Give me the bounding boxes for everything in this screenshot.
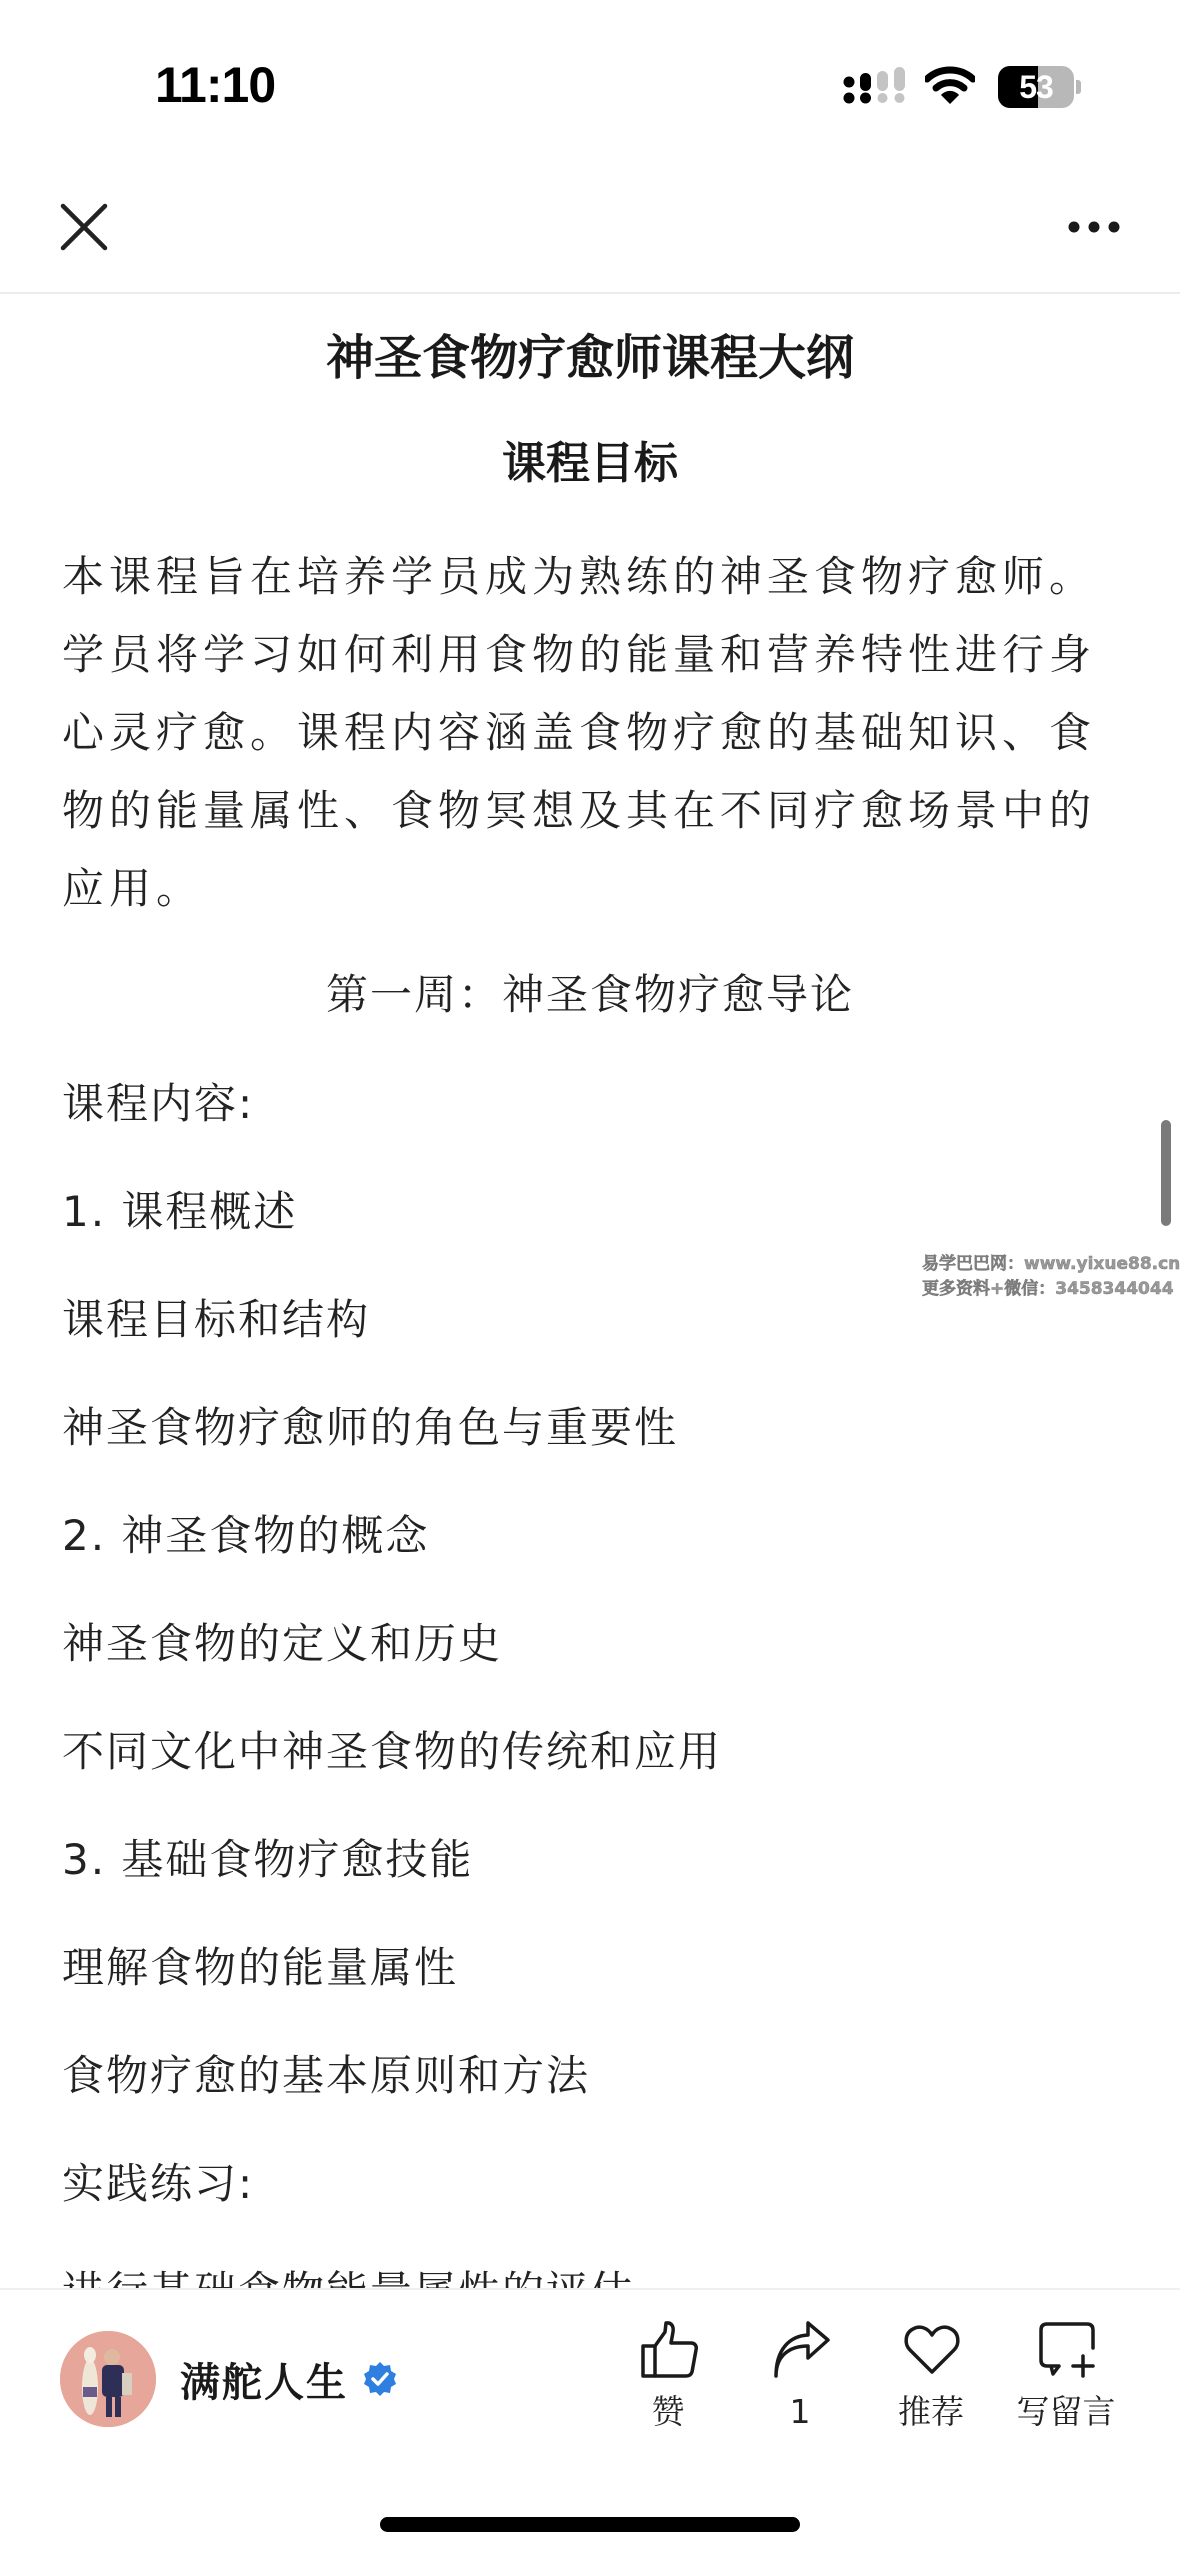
verified-badge-icon xyxy=(362,2361,398,2397)
outline-line: 神圣食物疗愈师的角色与重要性 xyxy=(62,1399,1122,1507)
share-button[interactable]: 1 xyxy=(735,2320,865,2440)
author-name[interactable]: 满舵人生 xyxy=(180,2351,348,2408)
section-heading-goals: 课程目标 xyxy=(0,436,1180,492)
nav-bar xyxy=(0,170,1180,294)
outline-line: 课程目标和结构 xyxy=(62,1291,1122,1399)
outline-line: 实践练习: xyxy=(62,2155,1122,2263)
author-profile[interactable]: 满舵人生 xyxy=(60,2330,398,2428)
cellular-signal-icon xyxy=(843,67,905,109)
document-title: 神圣食物疗愈师课程大纲 xyxy=(0,328,1180,388)
home-indicator[interactable] xyxy=(380,2517,800,2532)
avatar-image xyxy=(60,2331,156,2427)
outline-line: 3. 基础食物疗愈技能 xyxy=(62,1831,1122,1939)
like-button[interactable]: 赞 xyxy=(603,2320,733,2440)
outline-line: 2. 神圣食物的概念 xyxy=(62,1507,1122,1615)
outline-line: 神圣食物的定义和历史 xyxy=(62,1615,1122,1723)
comment-add-icon xyxy=(1037,2320,1097,2380)
status-time: 11:10 xyxy=(155,56,275,114)
week-heading: 第一周：神圣食物疗愈导论 xyxy=(0,966,1180,1024)
close-icon xyxy=(52,195,116,259)
outline-line: 理解食物的能量属性 xyxy=(62,1939,1122,2047)
write-comment-label: 写留言 xyxy=(1001,2392,1131,2432)
outline-line: 进行基础食物能量属性的评估 xyxy=(62,2263,1122,2288)
wifi-icon xyxy=(925,66,975,106)
bottom-action-bar: 满舵人生 赞 1 推荐 写留言 xyxy=(0,2288,1180,2556)
avatar[interactable] xyxy=(60,2331,156,2427)
watermark: 易学巴巴网：www.yixue88.cn 更多资料+微信：3458344044 xyxy=(922,1252,1172,1302)
heart-icon xyxy=(902,2320,962,2380)
share-icon xyxy=(771,2320,831,2380)
thumbs-up-icon xyxy=(639,2320,699,2380)
battery-level: 53 xyxy=(998,66,1074,108)
watermark-line-2: 更多资料+微信：3458344044 xyxy=(922,1277,1172,1302)
status-bar: 11:10 53 xyxy=(0,0,1180,170)
write-comment-button[interactable]: 写留言 xyxy=(1001,2320,1131,2440)
scrollbar[interactable] xyxy=(1161,1120,1171,1226)
outline-line: 食物疗愈的基本原则和方法 xyxy=(62,2047,1122,2155)
battery-icon: 53 xyxy=(998,66,1082,108)
like-label: 赞 xyxy=(603,2392,733,2432)
recommend-button[interactable]: 推荐 xyxy=(866,2320,996,2440)
recommend-label: 推荐 xyxy=(866,2392,996,2432)
watermark-line-1: 易学巴巴网：www.yixue88.cn xyxy=(922,1252,1172,1277)
close-button[interactable] xyxy=(52,195,116,259)
outline-line: 课程内容: xyxy=(62,1075,1122,1183)
intro-paragraph: 本课程旨在培养学员成为熟练的神圣食物疗愈师。学员将学习如何利用食物的能量和营养特… xyxy=(62,538,1132,928)
outline-line: 不同文化中神圣食物的传统和应用 xyxy=(62,1723,1122,1831)
share-count: 1 xyxy=(735,2392,865,2432)
more-icon xyxy=(1058,200,1130,254)
more-button[interactable] xyxy=(1058,200,1130,254)
